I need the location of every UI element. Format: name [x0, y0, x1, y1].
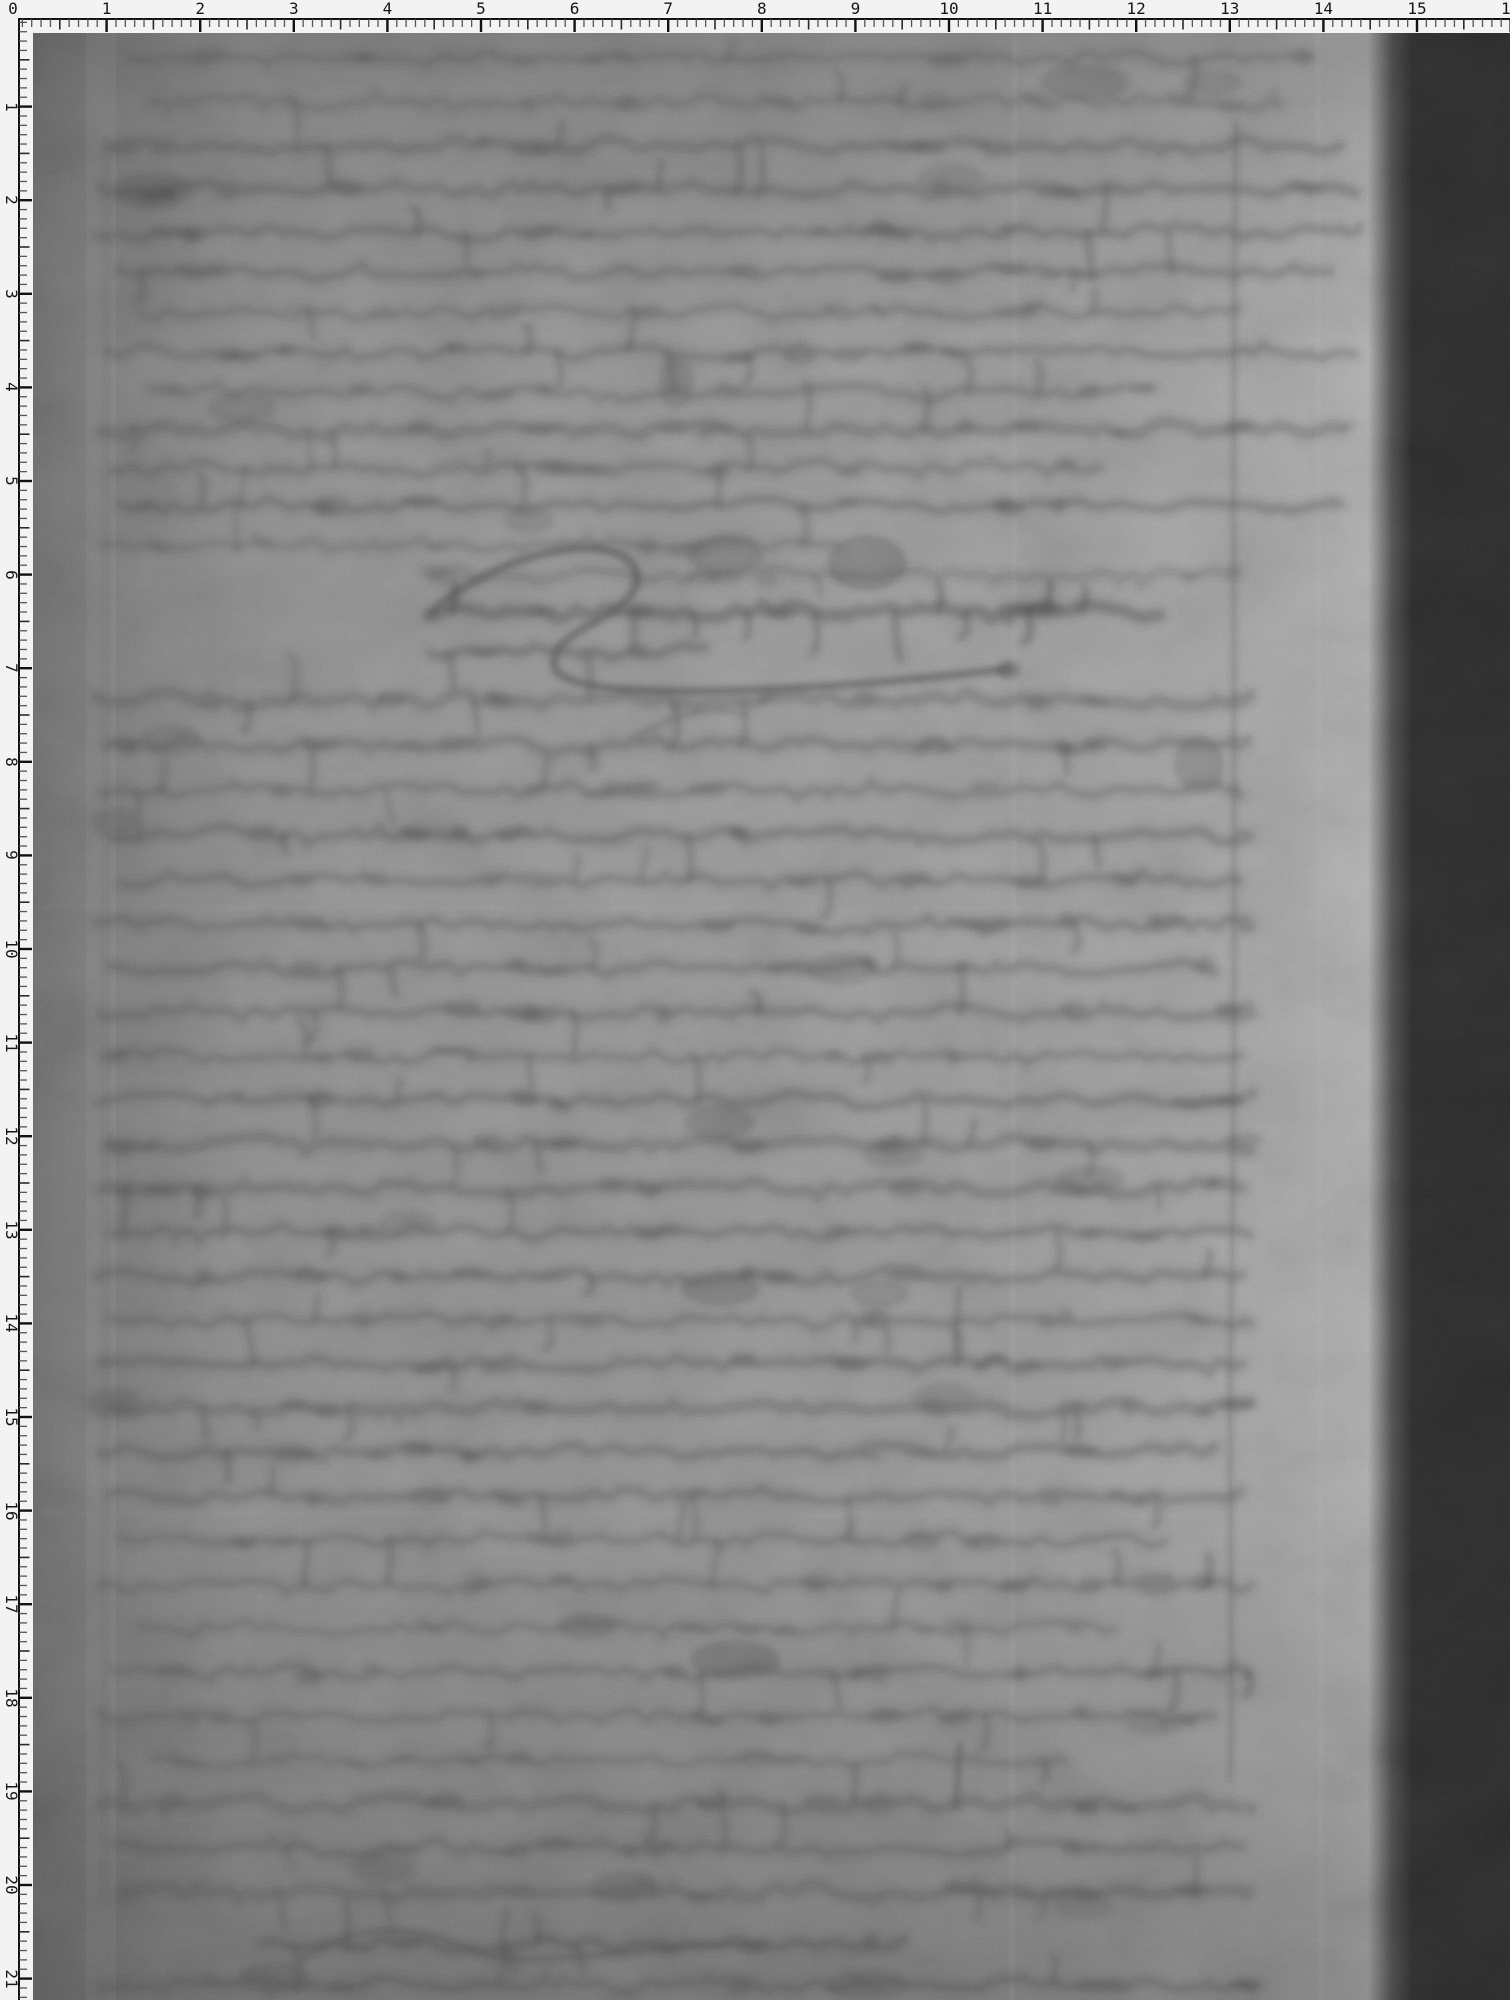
ruler-left-label: 14	[1, 1311, 21, 1335]
ruler-top-label: 13	[1210, 1, 1250, 17]
ruler-left-label: 15	[1, 1405, 21, 1429]
ruler-left-label: 9	[1, 843, 21, 867]
ruler-left-label: 16	[1, 1499, 21, 1523]
ruler-top-label: 0	[0, 1, 33, 17]
film-grain-overlay	[0, 0, 1510, 2000]
ruler-left-label: 12	[1, 1124, 21, 1148]
ruler-left-label: 3	[1, 282, 21, 306]
ruler-left-label: 5	[1, 469, 21, 493]
ruler-left-label: 19	[1, 1779, 21, 1803]
ruler-top-label: 2	[180, 1, 220, 17]
flourish-strokes	[87, 64, 1242, 2000]
mottle-light	[0, 0, 1510, 2000]
grain-dark	[0, 0, 1510, 2000]
ruler-top-label: 5	[461, 1, 501, 17]
ruler-left-label: 2	[1, 188, 21, 212]
ruler-left-label: 17	[1, 1592, 21, 1616]
ruler-left-label: 21	[1, 1967, 21, 1991]
scanner-background-band	[1368, 0, 1510, 2000]
scan-viewport: 012345678910111213141516 123456789101112…	[0, 0, 1510, 2000]
ruler-left-label: 18	[1, 1686, 21, 1710]
ruler-top-label: 14	[1303, 1, 1343, 17]
ruler-top-label: 6	[555, 1, 595, 17]
ruler-top-label: 1	[87, 1, 127, 17]
crease-lines	[40, 33, 1380, 2000]
grain-light	[0, 0, 1510, 2000]
ruler-top-label: 11	[1023, 1, 1063, 17]
ruler-top-label: 4	[367, 1, 407, 17]
ruler-top-label: 16	[1491, 1, 1510, 17]
ruler-left-label: 4	[1, 375, 21, 399]
page-shading-left	[0, 0, 240, 2000]
ruler-left-label: 8	[1, 750, 21, 774]
ruler-left-label: 10	[1, 937, 21, 961]
ruler-top-label: 8	[742, 1, 782, 17]
ruler-left-label: 11	[1, 1031, 21, 1055]
mottle-dark	[0, 0, 1510, 2000]
ruler-top-label: 10	[929, 1, 969, 17]
ruler-ticks	[0, 0, 1510, 2000]
parchment-page	[0, 0, 1510, 2000]
ruler-left-label: 1	[1, 95, 21, 119]
ruler-top-label: 3	[274, 1, 314, 17]
ruler-top-label: 12	[1116, 1, 1156, 17]
ruler-top-label: 15	[1397, 1, 1437, 17]
page-fold-highlight	[86, 0, 116, 2000]
ruler-top-label: 9	[835, 1, 875, 17]
ruler-left-label: 7	[1, 656, 21, 680]
ruler-left-label: 6	[1, 563, 21, 587]
ruler-left-label: 20	[1, 1873, 21, 1897]
handwriting-ink-layer	[0, 0, 1510, 2000]
text-line-strokes	[96, 41, 1360, 2000]
ruler-left-label: 13	[1, 1218, 21, 1242]
ruler-top-label: 7	[648, 1, 688, 17]
